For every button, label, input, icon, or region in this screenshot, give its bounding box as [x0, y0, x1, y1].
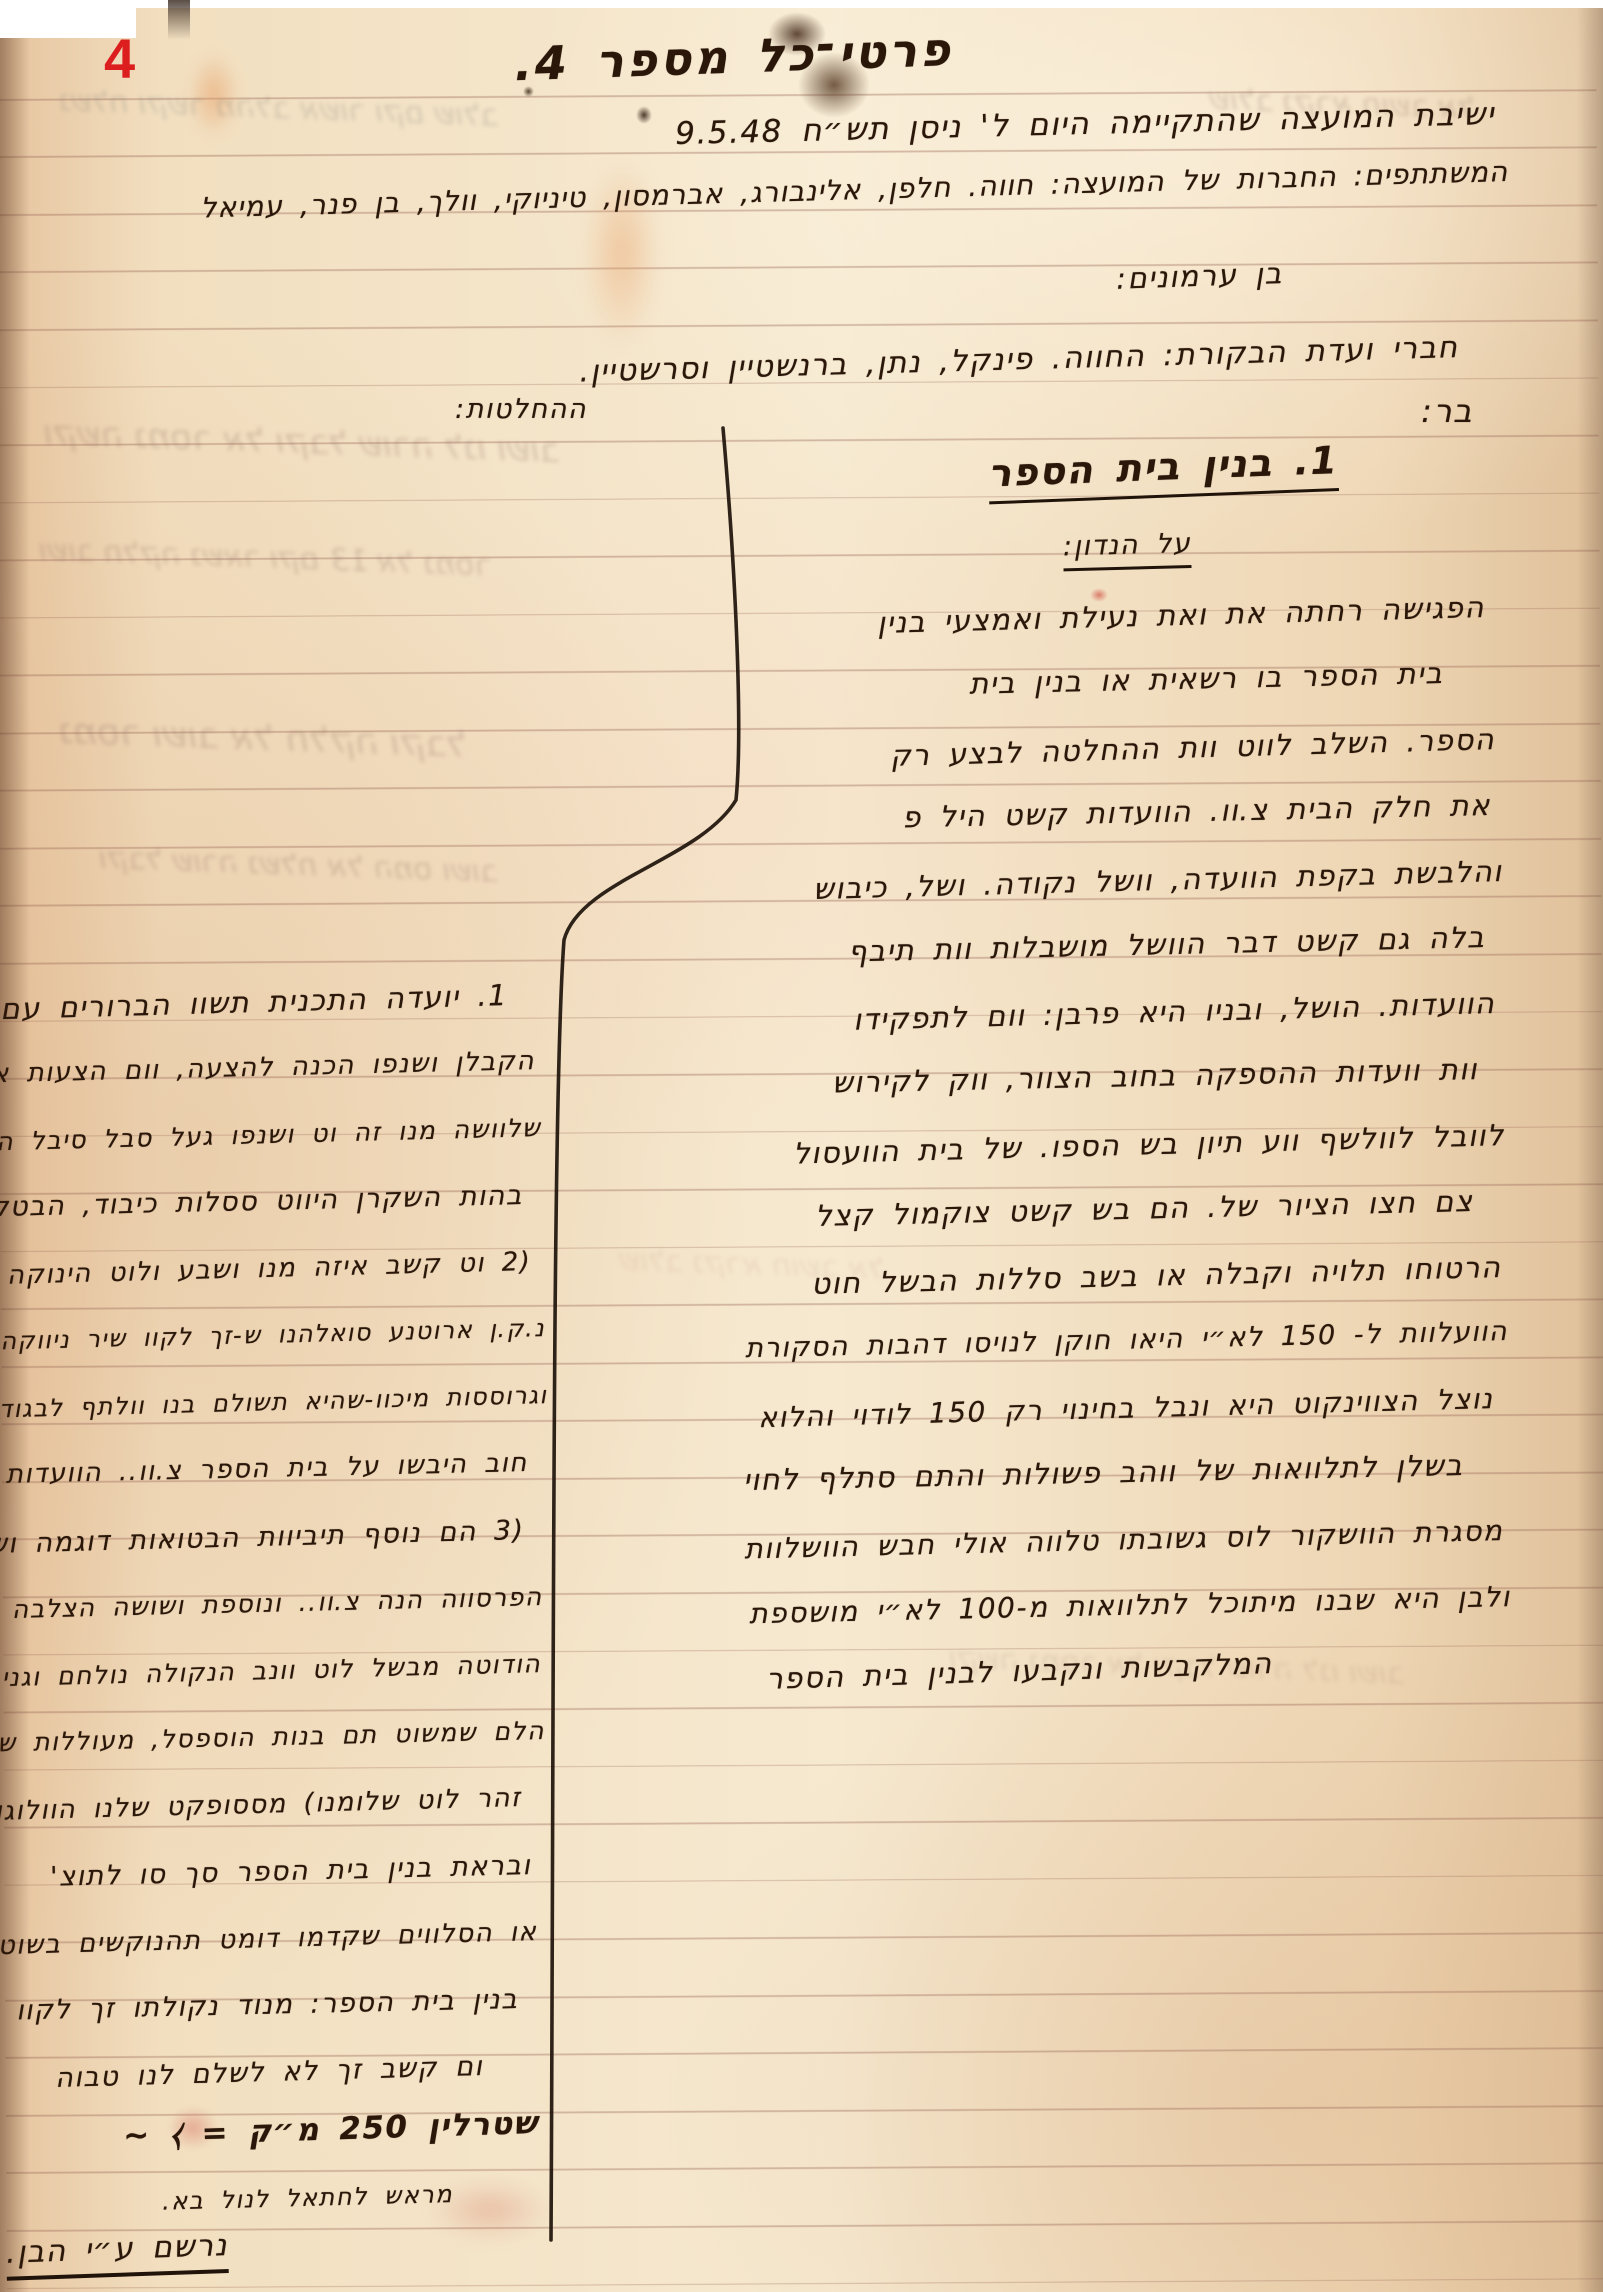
recorder-signature: נרשם ע״י הבן. [5, 2228, 229, 2281]
scanned-notebook-page: נשלח וקשר מהלב אשור וקם שולב שולב נקרא ח… [0, 0, 1603, 2292]
